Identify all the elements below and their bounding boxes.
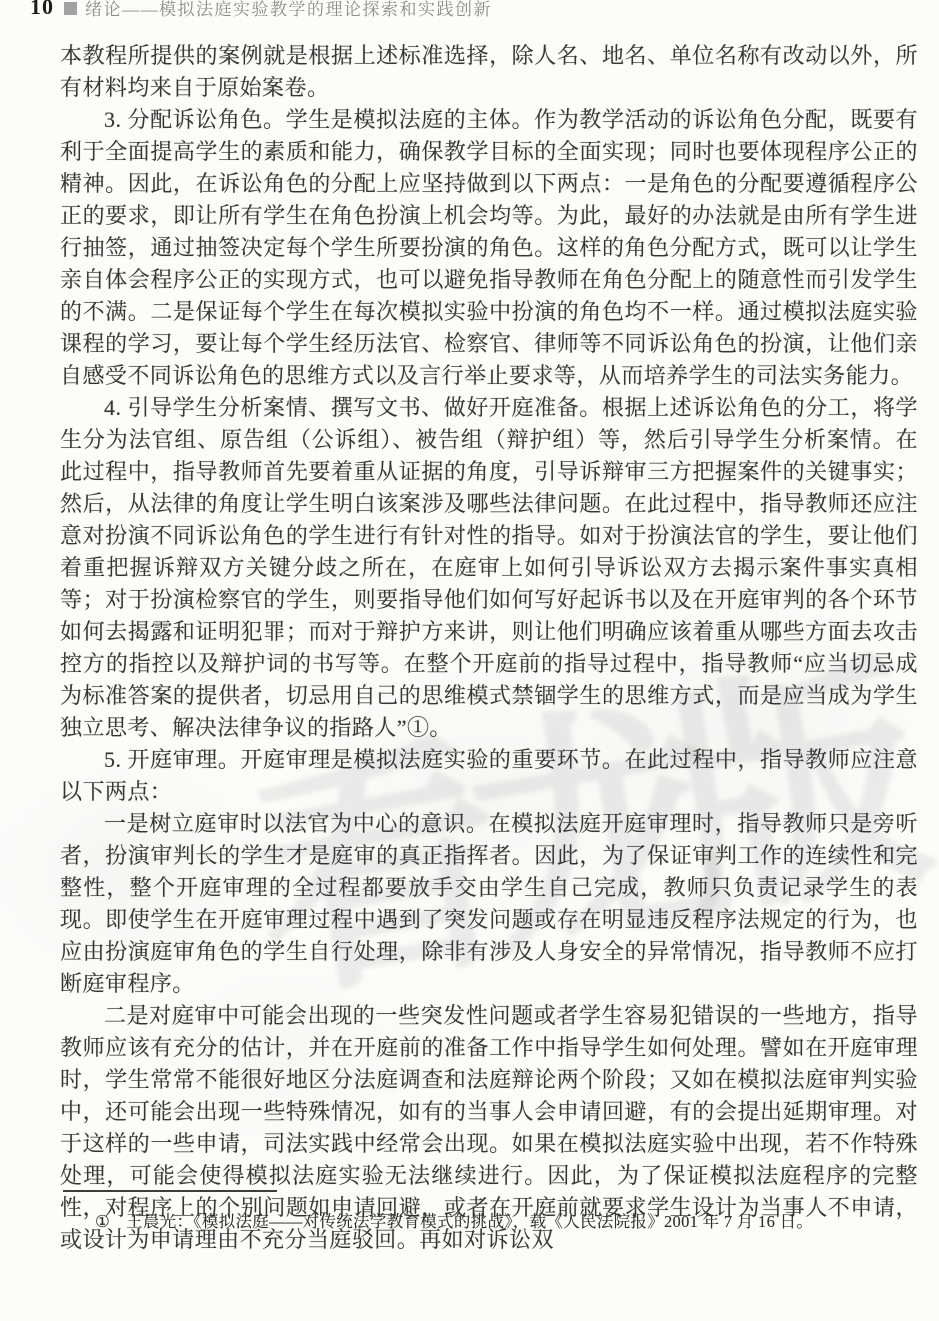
book-page: 看 龙 版 10 绪论——模拟法庭实验教学的理论探索和实践创新 本教程所提供的案…	[0, 0, 939, 1321]
paragraph-continuation: 本教程所提供的案例就是根据上述标准选择，除人名、地名、单位名称有改动以外，所有材…	[60, 40, 918, 104]
running-head-title: 绪论——模拟法庭实验教学的理论探索和实践创新	[85, 0, 492, 20]
footnote-text: 王晨光：《模拟法庭——对传统法学教育模式的挑战》，载《人民法院报》2001 年 …	[126, 1212, 813, 1231]
paragraph-item-4: 4. 引导学生分析案情、撰写文书、做好开庭准备。根据上述诉讼角色的分工，将学生分…	[60, 392, 918, 744]
section-square-icon	[64, 2, 77, 15]
paragraph-item-5: 5. 开庭审理。开庭审理是模拟法庭实验的重要环节。在此过程中，指导教师应注意以下…	[60, 744, 918, 808]
footnote: ①王晨光：《模拟法庭——对传统法学教育模式的挑战》，载《人民法院报》2001 年…	[95, 1210, 895, 1234]
page-number: 10	[30, 0, 54, 20]
page-body-text: 本教程所提供的案例就是根据上述标准选择，除人名、地名、单位名称有改动以外，所有材…	[60, 40, 918, 1256]
paragraph-item-3: 3. 分配诉讼角色。学生是模拟法庭的主体。作为教学活动的诉讼角色分配，既要有利于…	[60, 104, 918, 392]
paragraph-point-1: 一是树立庭审时以法官为中心的意识。在模拟法庭开庭审理时，指导教师只是旁听者，扮演…	[60, 808, 918, 1000]
footnote-divider	[63, 1190, 277, 1192]
running-head: 10 绪论——模拟法庭实验教学的理论探索和实践创新	[30, 0, 492, 20]
footnote-marker: ①	[95, 1212, 110, 1231]
